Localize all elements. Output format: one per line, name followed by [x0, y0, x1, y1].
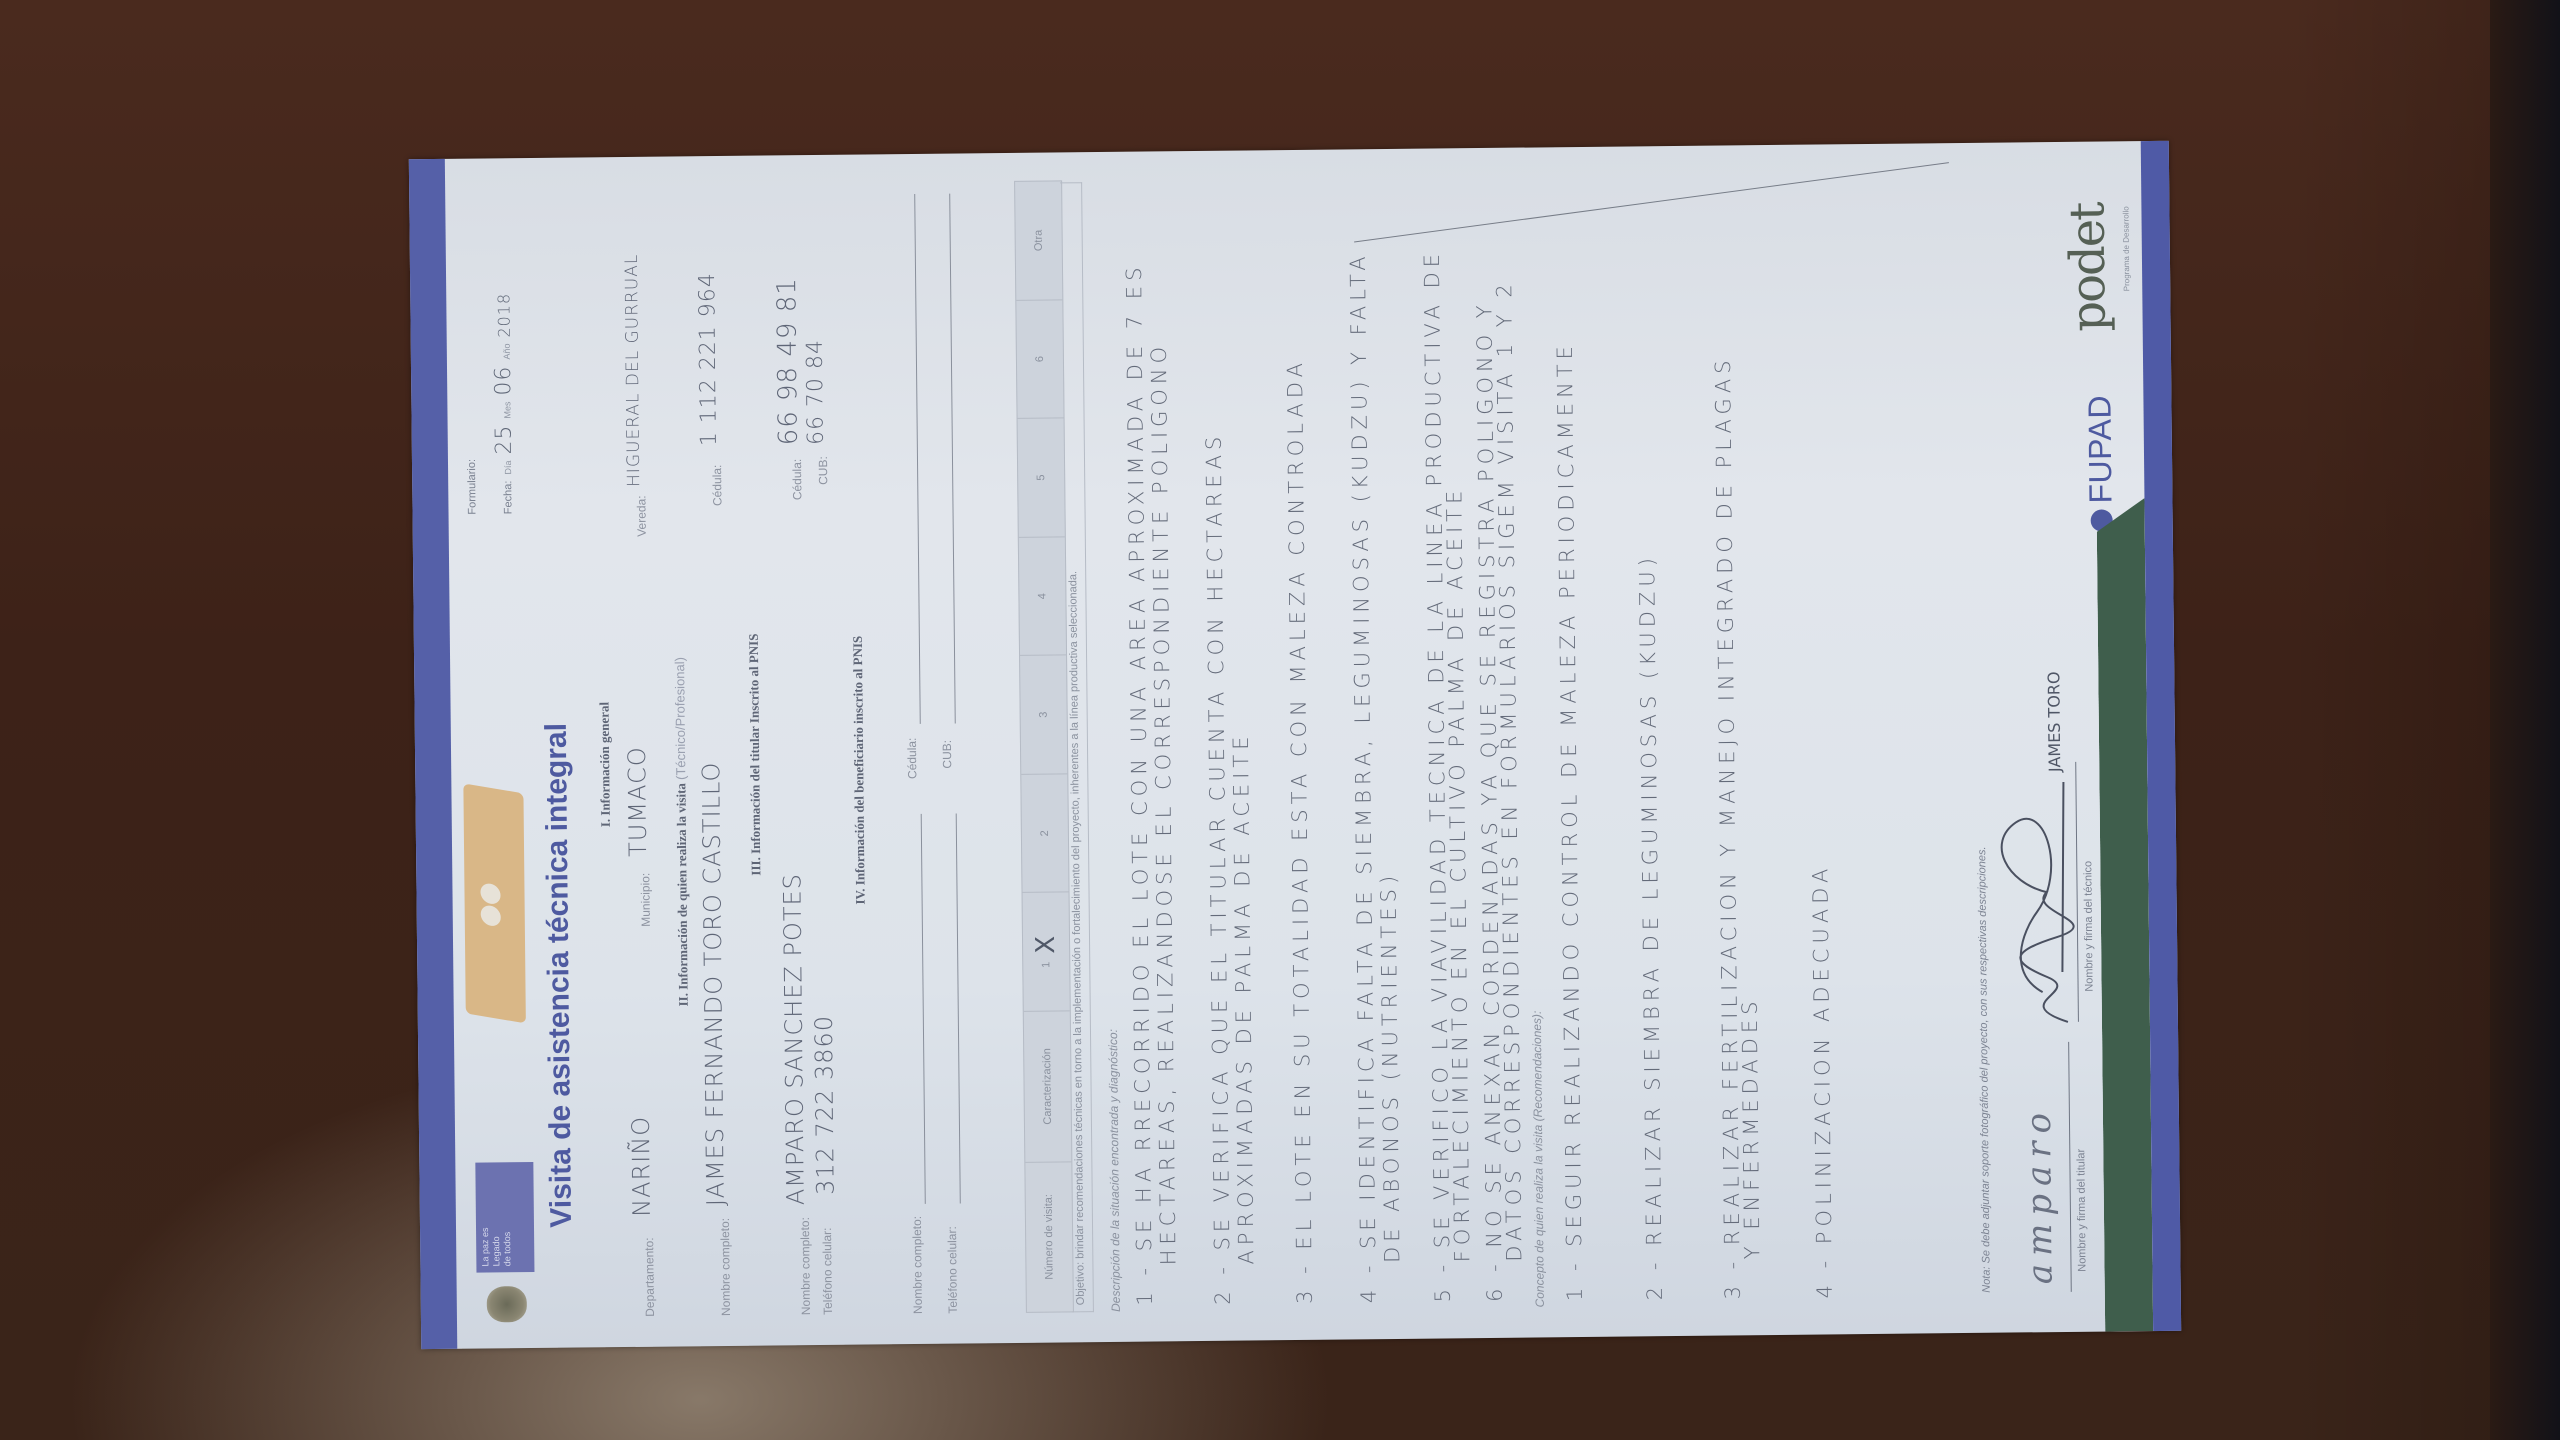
fecha-anio-value: 2018 [494, 293, 513, 338]
diagnosis-label: Descripción de la situación encontrada y… [1106, 1029, 1123, 1312]
municipio-value: TUMACO [623, 746, 652, 857]
program-logo [463, 783, 526, 1023]
titular-nombre-label: Nombre completo: [798, 1217, 813, 1315]
government-logo: La paz es Legado de todos [475, 1162, 534, 1273]
recommendation-entry: 1 - SEGUIR REALIZANDO CONTROL DE MALEZA … [1551, 201, 1587, 1301]
section-2-heading-text: II. Información de quien realiza la visi… [673, 783, 690, 1006]
titular-nombre-value: AMPARO SANCHEZ POTES [778, 873, 809, 1205]
beneficiario-nombre-label: Nombre completo: [910, 1216, 925, 1314]
tecnico-cedula-value: 1 112 221 964 [695, 272, 722, 446]
recommendation-entry: 3 - REALIZAR FERTILIZACION Y MANEJO INTE… [1709, 199, 1765, 1299]
titular-cedula-label: Cédula: [790, 459, 804, 501]
gov-logo-line: de todos [501, 1168, 513, 1266]
visit-column-otra: Otra [1015, 181, 1062, 299]
visit-column-5: 5 [1018, 418, 1065, 537]
visit-column-2: 2 [1021, 773, 1068, 892]
caracterizacion-label: Caracterización [1024, 1010, 1072, 1161]
coat-of-arms-icon [487, 1286, 527, 1322]
diagnosis-entry: 5 - SE VERIFICO LA VIAVILIDAD TECNICA DE… [1419, 202, 1475, 1302]
titular-telefono-value: 312 722 3860 [810, 1015, 840, 1195]
beneficiario-nombre-field [921, 814, 926, 1204]
titular-cub-label: CUB: [816, 456, 830, 485]
departamento-label: Departamento: [642, 1237, 657, 1317]
tecnico-nombre-value: JAMES FERNANDO TORO CASTILLO [697, 762, 730, 1207]
beneficiario-cedula-field [914, 194, 921, 724]
diagnosis-entry: 2 - SE VERIFICA QUE EL TITULAR CUENTA CO… [1199, 204, 1259, 1304]
section-2-heading: II. Información de quien realiza la visi… [672, 657, 692, 1007]
vereda-value: HIGUERAL DEL GURRUAL [622, 254, 644, 487]
beneficiario-cedula-label: Cédula: [905, 738, 919, 780]
visit-column-3: 3 [1020, 655, 1067, 774]
holder-signature: amparo [2019, 1105, 2061, 1285]
visit-column-1: 1 X [1023, 892, 1070, 1011]
page-title: Visita de asistencia técnica integral [540, 723, 579, 1228]
fecha-label: Fecha: [502, 481, 514, 515]
municipio-label: Municipio: [638, 873, 653, 927]
form-meta: Formulario: Fecha: Día 25 Mes 06 Año 201… [463, 194, 531, 515]
visit-column-label: 1 [1040, 962, 1052, 968]
podet-logo: podet [2059, 203, 2116, 332]
fecha-mes-value: 06 [491, 365, 516, 395]
entry-line: 2 - REALIZAR SIEMBRA DE LEGUMINOSAS (KUD… [1635, 553, 1667, 1300]
recommendation-entry: 4 - POLINIZACION ADECUADA [1801, 198, 1837, 1298]
section-2-heading-note: (Técnico/Profesional) [672, 657, 688, 780]
visit-column-6: 6 [1016, 299, 1063, 418]
titular-cedula-value: 66 98 49 81 [772, 277, 804, 445]
departamento-value: NARIÑO [627, 1116, 656, 1217]
fupad-logo: FUPAD [2081, 395, 2119, 532]
entry-line: 3 - EL LOTE EN SU TOTALIDAD ESTA CON MAL… [1283, 358, 1317, 1304]
holder-signature-line [2068, 1042, 2072, 1292]
podet-logo-subtitle: Programa de Desarrollo [2121, 206, 2131, 291]
bottom-green-band [2096, 498, 2153, 1331]
vereda-label: Vereda: [634, 495, 648, 537]
entry-line: 1 - SEGUIR REALIZANDO CONTROL DE MALEZA … [1553, 341, 1587, 1301]
tecnico-cedula-label: Cédula: [710, 465, 724, 507]
section-3-heading: III. Información del titular Inscrito al… [746, 633, 765, 875]
holder-signature-label: Nombre y firma del titular [2075, 1149, 2088, 1272]
dia-label: Día [503, 461, 513, 475]
fecha-dia-value: 25 [492, 424, 517, 454]
beneficiario-cub-field [949, 194, 956, 724]
recommendations-label: Concepto de quien realiza la visita (Rec… [1530, 1011, 1547, 1308]
beneficiario-cub-label: CUB: [940, 740, 954, 769]
form-page: La paz es Legado de todos Formulario: Fe… [409, 141, 2181, 1349]
program-logo-figures-icon [480, 878, 505, 928]
section-4-heading: IV. Información del beneficiario inscrit… [850, 636, 869, 905]
desk-background [2290, 0, 2490, 1440]
fupad-logo-text: FUPAD [2081, 395, 2119, 504]
numero-visita-label: Número de visita: [1025, 1161, 1073, 1312]
titular-telefono-label: Teléfono celular: [820, 1227, 835, 1315]
diagnosis-entry: 4 - SE IDENTIFICA FALTA DE SIEMBRA, LEGU… [1345, 203, 1405, 1303]
formulario-label: Formulario: [466, 459, 479, 515]
visit-selected-mark: X [1031, 936, 1061, 954]
beneficiario-telefono-field [956, 814, 961, 1204]
diagnosis-entry: 1 - SE HA RRECORRIDO EL LOTE CON UNA ARE… [1121, 205, 1181, 1305]
technician-signature [1985, 772, 2098, 1033]
beneficiario-telefono-label: Teléfono celular: [945, 1226, 960, 1314]
section-1-heading: I. Información general [597, 702, 614, 827]
anio-label: Año [502, 343, 512, 359]
technician-signature-label: Nombre y firma del técnico [2082, 861, 2095, 992]
recommendation-entry: 2 - REALIZAR SIEMBRA DE LEGUMINOSAS (KUD… [1631, 200, 1667, 1300]
desk-edge [2490, 0, 2560, 1440]
mes-label: Mes [502, 402, 512, 419]
diagnosis-entry: 6 - NO SE ANEXAN CORDENADAS YA QUE SE RE… [1471, 202, 1527, 1302]
entry-line: 4 - POLINIZACION ADECUADA [1808, 864, 1837, 1299]
diagnosis-entry: 3 - EL LOTE EN SU TOTALIDAD ESTA CON MAL… [1281, 204, 1317, 1304]
tecnico-nombre-label: Nombre completo: [718, 1218, 733, 1316]
titular-cub-value: 66 70 84 [803, 339, 829, 445]
technician-name: JAMES TORO [2044, 671, 2064, 772]
visit-column-4: 4 [1019, 536, 1066, 655]
